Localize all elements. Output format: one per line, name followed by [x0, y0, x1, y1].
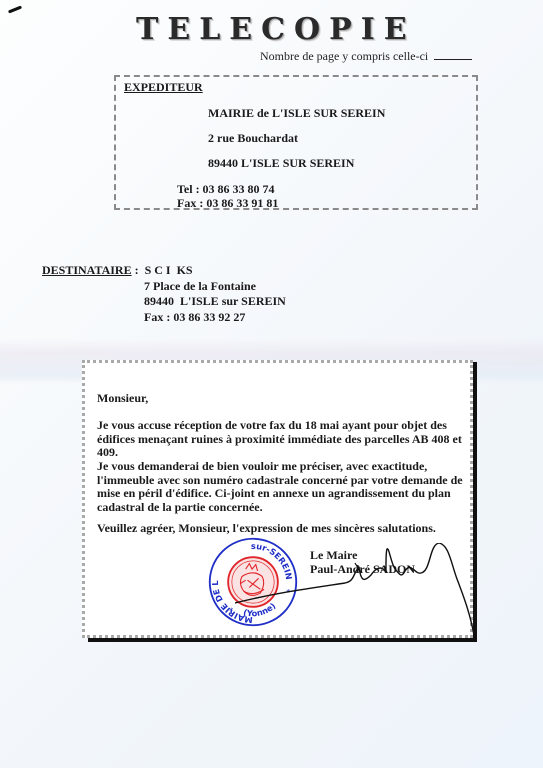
letter-closing: Veuillez agréer, Monsieur, l'expression …: [97, 522, 467, 536]
sender-fax: Fax : 03 86 33 91 81: [177, 196, 278, 211]
recipient-separator: :: [132, 263, 145, 277]
page-count-label: Nombre de page y compris celle-ci: [260, 49, 428, 63]
recipient-name: S C I KS: [145, 263, 193, 277]
sender-box: EXPEDITEUR MAIRIE de L'ISLE SUR SEREIN 2…: [114, 75, 478, 210]
sender-heading: EXPEDITEUR: [124, 80, 203, 95]
svg-text:*: *: [229, 605, 233, 615]
letter-paragraph-1: Je vous accuse réception de votre fax du…: [97, 419, 467, 460]
recipient-address-line1: 7 Place de la Fontaine: [42, 279, 286, 295]
document-title: TELECOPIE: [136, 12, 416, 47]
sender-address-line2: 89440 L'ISLE SUR SEREIN: [208, 156, 354, 171]
signatory-name: Paul-André SADON: [310, 563, 415, 577]
letter-paragraph-2: Je vous demanderai de bien vouloir me pr…: [97, 460, 467, 514]
recipient-address-line2: 89440 L'ISLE sur SEREIN: [42, 294, 286, 310]
sender-name: MAIRIE de L'ISLE SUR SEREIN: [208, 106, 385, 121]
official-stamp-icon: MAIRIE DE L'ISLE- sur-SEREIN (Yonne) * *: [207, 536, 299, 628]
letter-box: Monsieur, Je vous accuse réception de vo…: [82, 360, 473, 638]
recipient-label: DESTINATAIRE: [42, 263, 132, 277]
sender-tel: Tel : 03 86 33 80 74: [177, 182, 275, 197]
sender-address-line1: 2 rue Bouchardat: [208, 131, 298, 146]
recipient-block: DESTINATAIRE : S C I KS 7 Place de la Fo…: [42, 263, 286, 325]
recipient-fax: Fax : 03 86 33 92 27: [42, 310, 286, 326]
signature-block: Le Maire Paul-André SADON: [310, 549, 415, 576]
letter-salutation: Monsieur,: [97, 392, 467, 406]
page-count-blank: [434, 49, 472, 60]
svg-text:*: *: [286, 587, 290, 597]
page-count-field: Nombre de page y compris celle-ci: [260, 49, 472, 64]
signatory-title: Le Maire: [310, 549, 415, 563]
